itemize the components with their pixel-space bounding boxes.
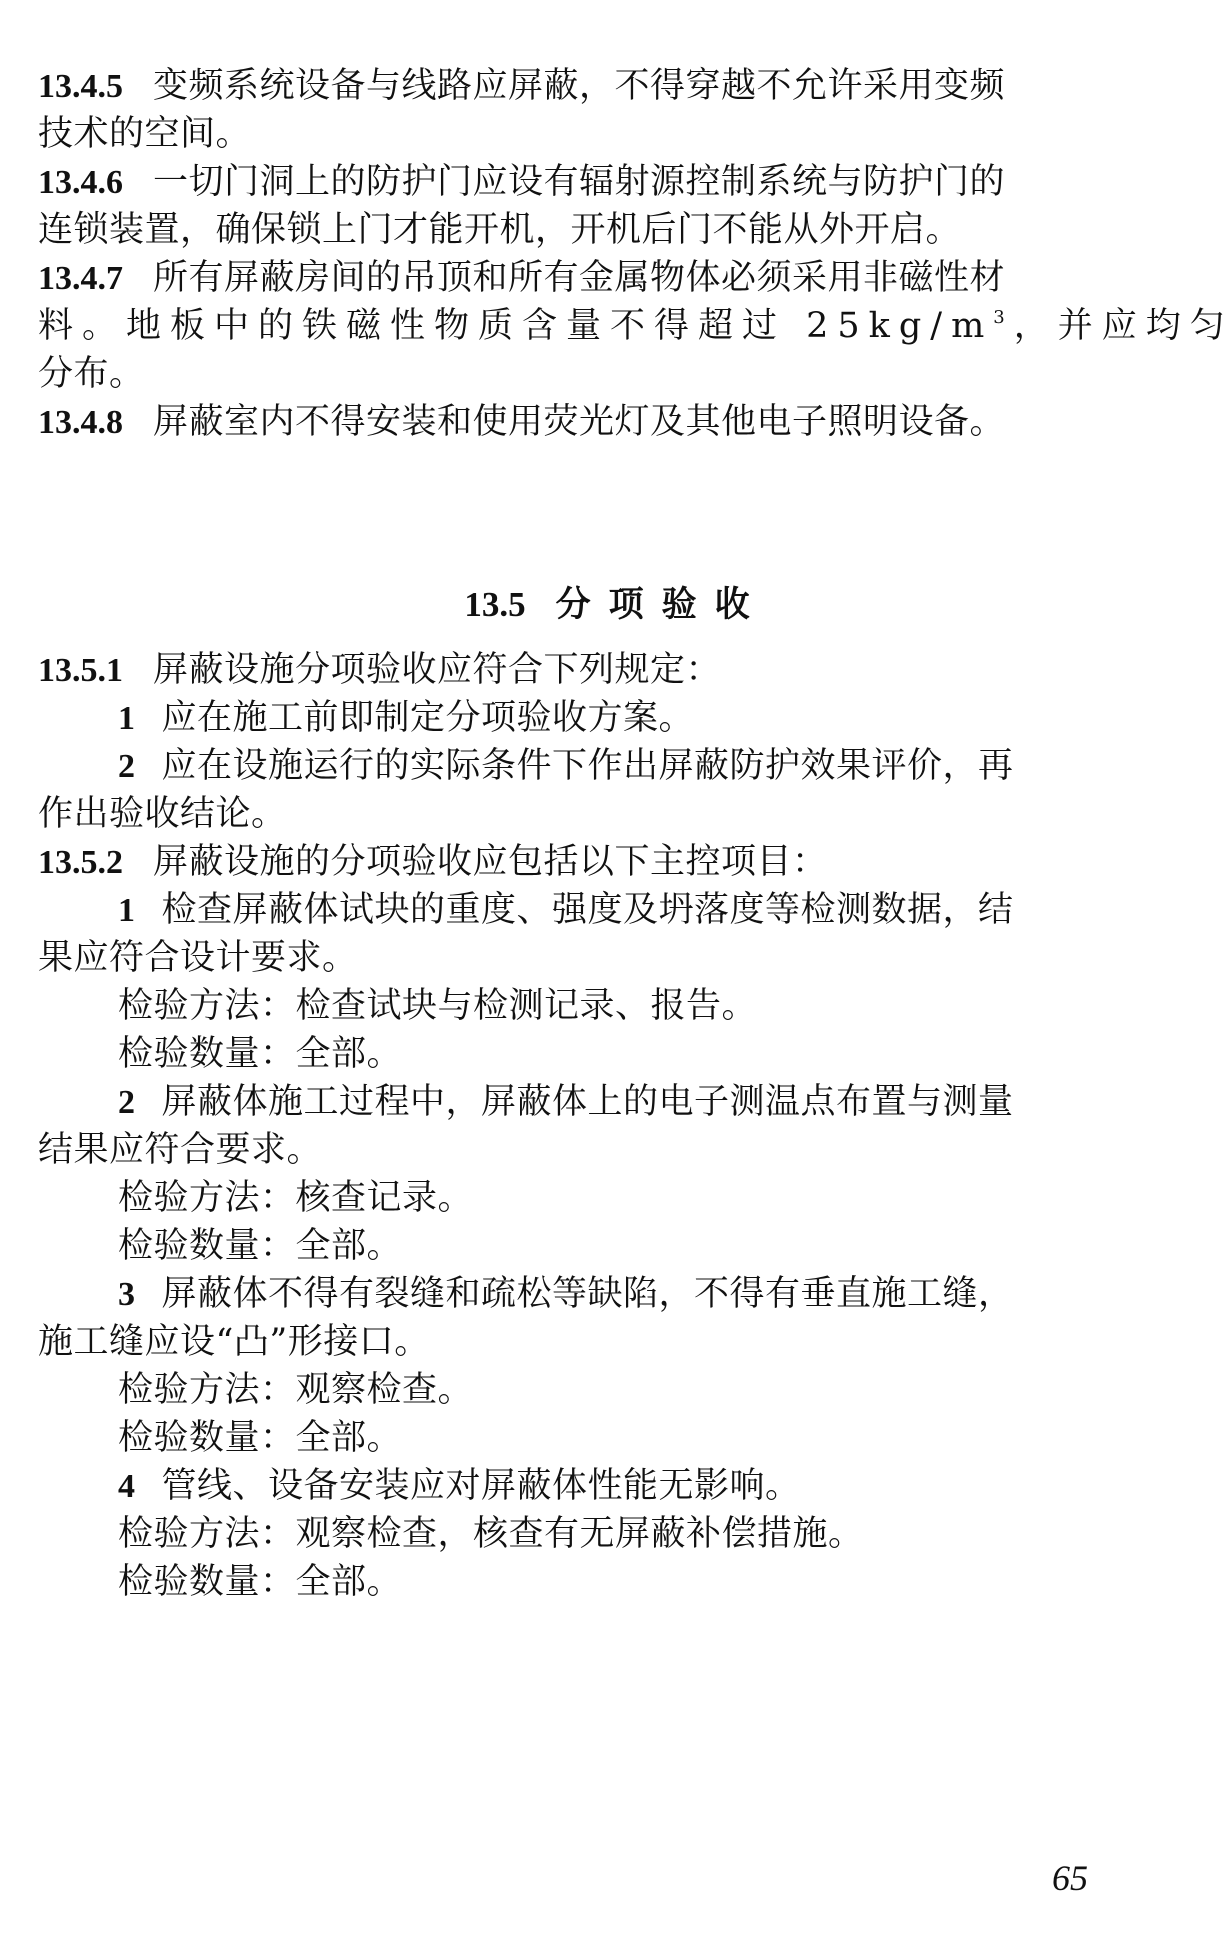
clause-number: 13.4.6 bbox=[38, 164, 123, 201]
clause-13-4-5-line2: 技术的空间。 bbox=[38, 112, 251, 156]
item-text: 检查屏蔽体试块的重度、强度及坍落度等检测数据，结 bbox=[162, 890, 1014, 930]
inspection-quantity: 检验数量：全部。 bbox=[118, 1224, 402, 1268]
item-number: 1 bbox=[118, 892, 136, 929]
inspection-quantity-text: 检验数量：全部。 bbox=[118, 1226, 402, 1266]
clause-text: 分布。 bbox=[38, 354, 145, 394]
clause-text: 变频系统设备与线路应屏蔽，不得穿越不允许采用变频 bbox=[153, 66, 1005, 106]
clause-text: 料。地板中的铁磁性物质含量不得超过 25kg/m bbox=[38, 306, 993, 346]
item-number: 2 bbox=[118, 1084, 136, 1121]
clause-13-5-2-item-2-line2: 结果应符合要求。 bbox=[38, 1128, 322, 1172]
clause-number: 13.4.8 bbox=[38, 404, 123, 441]
inspection-method-text: 检验方法：核查记录。 bbox=[118, 1178, 473, 1218]
item-text: 屏蔽体施工过程中，屏蔽体上的电子测温点布置与测量 bbox=[162, 1082, 1014, 1122]
inspection-method: 检验方法：核查记录。 bbox=[118, 1176, 473, 1220]
inspection-method-text: 检验方法：检查试块与检测记录、报告。 bbox=[118, 986, 757, 1026]
clause-text: ，并应均匀 bbox=[1014, 306, 1232, 346]
clause-13-4-7-line1: 13.4.7所有屏蔽房间的吊顶和所有金属物体必须采用非磁性材 bbox=[38, 256, 1005, 300]
clause-13-5-2-item-2-line1: 2屏蔽体施工过程中，屏蔽体上的电子测温点布置与测量 bbox=[118, 1080, 1014, 1124]
clause-text: 屏蔽室内不得安装和使用荧光灯及其他电子照明设备。 bbox=[153, 402, 1005, 442]
inspection-quantity: 检验数量：全部。 bbox=[118, 1032, 402, 1076]
clause-13-5-1-item-1: 1应在施工前即制定分项验收方案。 bbox=[118, 696, 694, 740]
section-number: 13.5 bbox=[464, 585, 525, 624]
clause-number: 13.4.5 bbox=[38, 68, 123, 105]
item-text: 果应符合设计要求。 bbox=[38, 938, 358, 978]
clause-13-4-8-line1: 13.4.8屏蔽室内不得安装和使用荧光灯及其他电子照明设备。 bbox=[38, 400, 1005, 444]
clause-text: 屏蔽设施的分项验收应包括以下主控项目： bbox=[153, 842, 828, 882]
item-text: 应在设施运行的实际条件下作出屏蔽防护效果评价，再 bbox=[162, 746, 1014, 786]
item-number: 1 bbox=[118, 700, 136, 737]
item-number: 4 bbox=[118, 1468, 136, 1505]
clause-text: 屏蔽设施分项验收应符合下列规定： bbox=[153, 650, 721, 690]
clause-13-4-6-line2: 连锁装置，确保锁上门才能开机，开机后门不能从外开启。 bbox=[38, 208, 961, 252]
clause-13-5-2-item-3-line1: 3屏蔽体不得有裂缝和疏松等缺陷，不得有垂直施工缝， bbox=[118, 1272, 1014, 1316]
item-text: 屏蔽体不得有裂缝和疏松等缺陷，不得有垂直施工缝， bbox=[162, 1274, 1014, 1314]
inspection-method: 检验方法：观察检查。 bbox=[118, 1368, 473, 1412]
clause-number: 13.5.1 bbox=[38, 652, 123, 689]
item-text: 作出验收结论。 bbox=[38, 794, 287, 834]
page-number: 65 bbox=[1052, 1858, 1088, 1898]
clause-number: 13.4.7 bbox=[38, 260, 123, 297]
clause-13-5-2-item-4-line1: 4管线、设备安装应对屏蔽体性能无影响。 bbox=[118, 1464, 801, 1508]
clause-text: 一切门洞上的防护门应设有辐射源控制系统与防护门的 bbox=[153, 162, 1005, 202]
clause-13-5-1: 13.5.1屏蔽设施分项验收应符合下列规定： bbox=[38, 648, 721, 692]
inspection-quantity: 检验数量：全部。 bbox=[118, 1416, 402, 1460]
item-text: 管线、设备安装应对屏蔽体性能无影响。 bbox=[162, 1466, 801, 1506]
clause-13-5-2-item-3-line2: 施工缝应设“凸”形接口。 bbox=[38, 1320, 430, 1364]
clause-text: 连锁装置，确保锁上门才能开机，开机后门不能从外开启。 bbox=[38, 210, 961, 250]
clause-13-5-2-item-1-line2: 果应符合设计要求。 bbox=[38, 936, 358, 980]
item-text: 结果应符合要求。 bbox=[38, 1130, 322, 1170]
section-heading: 13.5分项验收 bbox=[0, 583, 1232, 627]
superscript-cube: 3 bbox=[993, 307, 1013, 328]
clause-text: 所有屏蔽房间的吊顶和所有金属物体必须采用非磁性材 bbox=[153, 258, 1005, 298]
inspection-method: 检验方法：观察检查，核查有无屏蔽补偿措施。 bbox=[118, 1512, 864, 1556]
clause-13-4-6-line1: 13.4.6一切门洞上的防护门应设有辐射源控制系统与防护门的 bbox=[38, 160, 1005, 204]
clause-13-5-2: 13.5.2屏蔽设施的分项验收应包括以下主控项目： bbox=[38, 840, 828, 884]
clause-13-4-7-line3: 分布。 bbox=[38, 352, 145, 396]
inspection-method-text: 检验方法：观察检查。 bbox=[118, 1370, 473, 1410]
section-title: 分项验收 bbox=[556, 584, 768, 625]
inspection-quantity: 检验数量：全部。 bbox=[118, 1560, 402, 1604]
inspection-method: 检验方法：检查试块与检测记录、报告。 bbox=[118, 984, 757, 1028]
item-number: 2 bbox=[118, 748, 136, 785]
inspection-quantity-text: 检验数量：全部。 bbox=[118, 1034, 402, 1074]
inspection-quantity-text: 检验数量：全部。 bbox=[118, 1562, 402, 1602]
clause-13-5-1-item-2-line1: 2应在设施运行的实际条件下作出屏蔽防护效果评价，再 bbox=[118, 744, 1014, 788]
item-text: 施工缝应设“凸”形接口。 bbox=[38, 1322, 430, 1362]
clause-13-5-2-item-1-line1: 1检查屏蔽体试块的重度、强度及坍落度等检测数据，结 bbox=[118, 888, 1014, 932]
document-page: 13.4.5变频系统设备与线路应屏蔽，不得穿越不允许采用变频 技术的空间。 13… bbox=[0, 0, 1232, 1950]
inspection-quantity-text: 检验数量：全部。 bbox=[118, 1418, 402, 1458]
item-number: 3 bbox=[118, 1276, 136, 1313]
clause-13-4-7-line2: 料。地板中的铁磁性物质含量不得超过 25kg/m3，并应均匀 bbox=[38, 304, 1232, 348]
clause-13-5-1-item-2-line2: 作出验收结论。 bbox=[38, 792, 287, 836]
clause-text: 技术的空间。 bbox=[38, 114, 251, 154]
clause-number: 13.5.2 bbox=[38, 844, 123, 881]
item-text: 应在施工前即制定分项验收方案。 bbox=[162, 698, 695, 738]
inspection-method-text: 检验方法：观察检查，核查有无屏蔽补偿措施。 bbox=[118, 1514, 864, 1554]
clause-13-4-5-line1: 13.4.5变频系统设备与线路应屏蔽，不得穿越不允许采用变频 bbox=[38, 64, 1005, 108]
